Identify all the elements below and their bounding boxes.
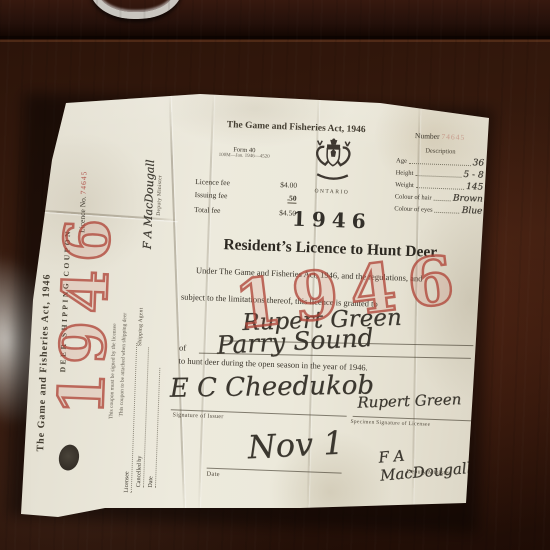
- licence-document: The Game and Fisheries Act, 1946 DEER SH…: [0, 0, 550, 550]
- wood-drawer-edge: [0, 0, 550, 39]
- photo-of-hunting-licence: The Game and Fisheries Act, 1946 DEER SH…: [0, 0, 550, 550]
- wood-groove: [0, 40, 550, 42]
- paper-edge-shading: [0, 0, 550, 550]
